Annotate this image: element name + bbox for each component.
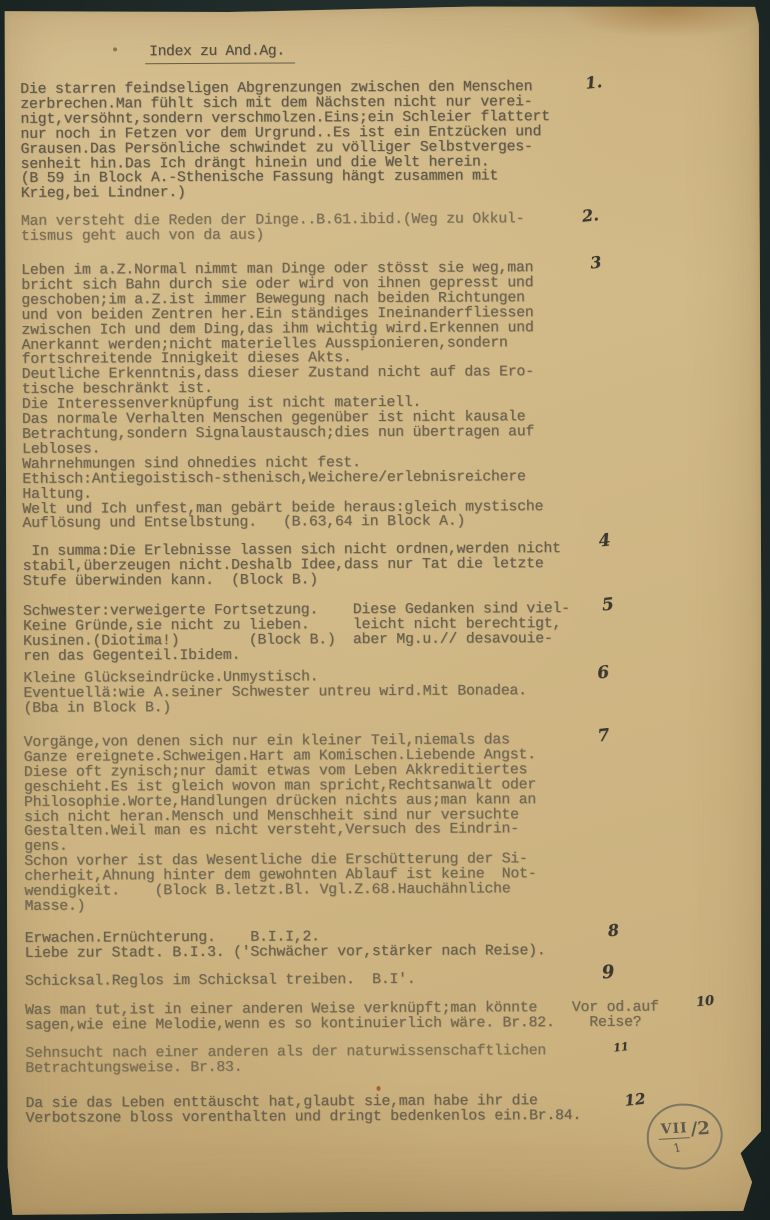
index-entry-text: Man versteht die Reden der Dinge..B.61.i…: [21, 212, 525, 244]
archive-stamp: VII /2 1: [645, 1101, 725, 1171]
index-entries: Die starren feindseligen Abgrenzungen zw…: [1, 5, 759, 9]
document-paper: Index zu And.Ag. Die starren feindselige…: [1, 5, 765, 1215]
index-entry-text: Da sie das Leben enttäuscht hat,glaubt s…: [26, 1094, 582, 1127]
page-title: Index zu And.Ag.: [145, 43, 295, 64]
margin-number: 2.: [581, 205, 600, 226]
margin-number: 4: [598, 530, 612, 551]
index-entry-text: In summa:Die Erlebnisse lassen sich nich…: [23, 542, 561, 590]
margin-number: 5: [601, 594, 615, 615]
margin-number: 8: [607, 920, 620, 940]
index-entry-text: Schwester:verweigerte Fortsetzung. Diese…: [23, 602, 570, 664]
margin-number: 6: [596, 662, 610, 683]
margin-number: 1.: [584, 72, 603, 93]
index-entry-text: Was man tut,ist in einer anderen Weise v…: [25, 1001, 659, 1034]
paper-speck: [376, 1086, 380, 1091]
index-entry-text: Schicksal.Reglos im Schicksal treiben. B…: [25, 973, 416, 990]
margin-number: 7: [597, 725, 611, 746]
stamp-fraction: /2: [690, 1120, 710, 1139]
photo-background: Index zu And.Ag. Die starren feindselige…: [0, 0, 770, 1220]
index-entry-text: Erwachen.Ernüchterung. B.I.I,2. Liebe zu…: [25, 929, 546, 962]
index-entry-text: Die starren feindseligen Abgrenzungen zw…: [20, 80, 550, 202]
stamp-roman-numeral: VII: [658, 1121, 690, 1139]
margin-number: 9: [601, 961, 616, 983]
margin-number: 3: [589, 252, 602, 272]
index-entry-text: Vorgänge,von denen sich nur ein kleiner …: [24, 733, 537, 915]
index-entry-text: Kleine Glückseindrücke.Unmystisch. Event…: [23, 669, 527, 716]
margin-number: 11: [613, 1040, 630, 1055]
stamp-code-row: VII /2: [658, 1120, 710, 1141]
paper-speck: [113, 47, 117, 51]
stamp-number: 1: [672, 1141, 682, 1154]
index-entry-text: Sehnsucht nach einer anderen als der nat…: [25, 1044, 546, 1077]
index-entry-text: Leben im a.Z.Normal nimmt man Dinge oder…: [21, 261, 543, 532]
margin-number: 12: [624, 1090, 647, 1110]
margin-number: 10: [695, 993, 715, 1010]
